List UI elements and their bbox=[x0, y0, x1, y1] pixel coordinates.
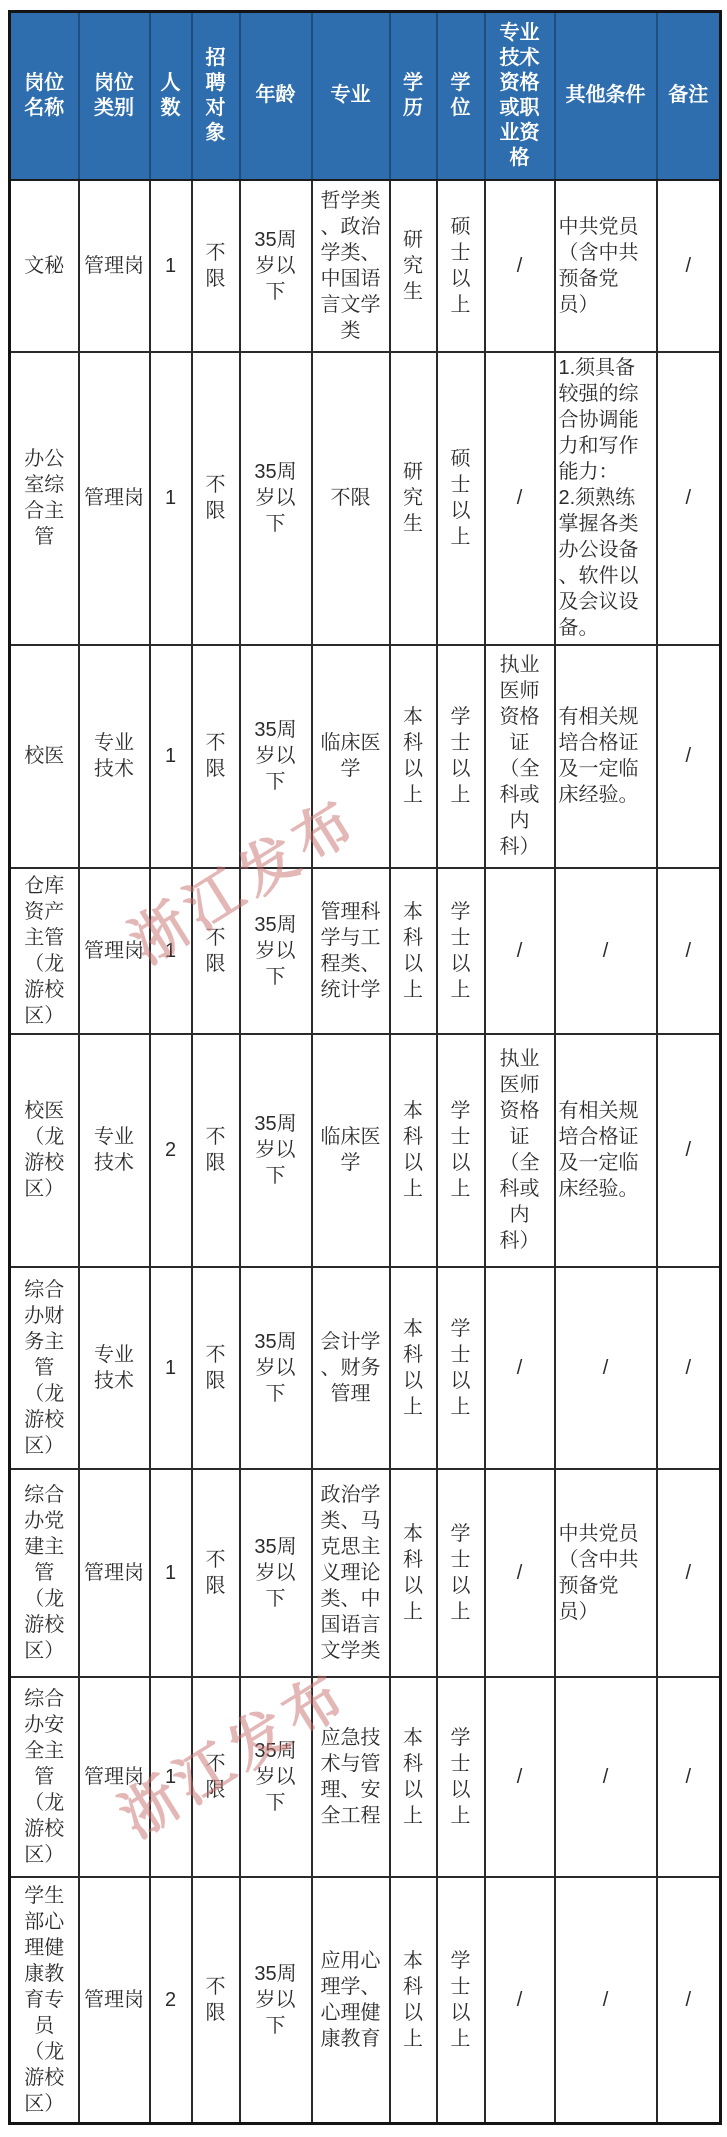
table-cell: 本 科 以 上 bbox=[390, 1267, 437, 1469]
table-cell: 1 bbox=[150, 1677, 192, 1877]
column-header: 招 聘 对 象 bbox=[192, 12, 240, 180]
table-cell: 1 bbox=[150, 1469, 192, 1677]
table-cell: 1 bbox=[150, 645, 192, 868]
table-cell: 不 限 bbox=[192, 1034, 240, 1267]
table-cell: / bbox=[485, 868, 555, 1034]
table-cell: / bbox=[555, 1677, 657, 1877]
table-cell: 学 士 以 上 bbox=[437, 1877, 485, 2124]
table-cell: 综合 办党 建主 管 （龙 游校 区） bbox=[10, 1469, 79, 1677]
column-header: 其他条件 bbox=[555, 12, 657, 180]
table-cell: 学 士 以 上 bbox=[437, 1034, 485, 1267]
table-row: 综合 办安 全主 管 （龙 游校 区）管理岗1不 限35周 岁以 下应急技 术与… bbox=[10, 1677, 721, 1877]
table-cell: 校医 bbox=[10, 645, 79, 868]
table-cell: 综合 办财 务主 管 （龙 游校 区） bbox=[10, 1267, 79, 1469]
table-cell: 专业 技术 bbox=[79, 1267, 150, 1469]
table-cell: 不 限 bbox=[192, 645, 240, 868]
table-cell: / bbox=[485, 180, 555, 352]
table-cell: 仓库 资产 主管 （龙 游校 区） bbox=[10, 868, 79, 1034]
table-body: 文秘管理岗1不 限35周 岁以 下哲学类 、政治 学类、 中国语 言文学 类研 … bbox=[10, 180, 721, 2124]
table-cell: 硕 士 以 上 bbox=[437, 352, 485, 645]
table-row: 仓库 资产 主管 （龙 游校 区）管理岗1不 限35周 岁以 下管理科 学与工 … bbox=[10, 868, 721, 1034]
recruitment-table: 岗位 名称岗位 类别人 数招 聘 对 象年龄专业学 历学 位专业 技术 资格 或… bbox=[8, 10, 722, 2125]
table-cell: / bbox=[485, 352, 555, 645]
table-cell: / bbox=[657, 352, 721, 645]
table-row: 综合 办党 建主 管 （龙 游校 区）管理岗1不 限35周 岁以 下政治学 类、… bbox=[10, 1469, 721, 1677]
recruitment-table-container: 岗位 名称岗位 类别人 数招 聘 对 象年龄专业学 历学 位专业 技术 资格 或… bbox=[8, 10, 722, 2125]
table-cell: 中共党员 （含中共 预备党 员） bbox=[555, 1469, 657, 1677]
table-cell: 文秘 bbox=[10, 180, 79, 352]
table-cell: 综合 办安 全主 管 （龙 游校 区） bbox=[10, 1677, 79, 1877]
table-cell: 不 限 bbox=[192, 1877, 240, 2124]
table-cell: 管理科 学与工 程类、 统计学 bbox=[312, 868, 390, 1034]
table-cell: 校医 （龙 游校 区） bbox=[10, 1034, 79, 1267]
column-header: 学 历 bbox=[390, 12, 437, 180]
table-row: 综合 办财 务主 管 （龙 游校 区）专业 技术1不 限35周 岁以 下会计学 … bbox=[10, 1267, 721, 1469]
table-cell: 中共党员 （含中共 预备党 员） bbox=[555, 180, 657, 352]
table-cell: / bbox=[555, 868, 657, 1034]
table-cell: 哲学类 、政治 学类、 中国语 言文学 类 bbox=[312, 180, 390, 352]
table-cell: / bbox=[657, 1034, 721, 1267]
table-cell: 不 限 bbox=[192, 1267, 240, 1469]
table-cell: / bbox=[657, 1677, 721, 1877]
table-cell: 本 科 以 上 bbox=[390, 1877, 437, 2124]
column-header: 人 数 bbox=[150, 12, 192, 180]
table-cell: 1.须具备 较强的综 合协调能 力和写作 能力： 2.须熟练 掌握各类 办公设备… bbox=[555, 352, 657, 645]
table-cell: / bbox=[657, 1267, 721, 1469]
table-cell: 有相关规 培合格证 及一定临 床经验。 bbox=[555, 645, 657, 868]
table-cell: 35周 岁以 下 bbox=[240, 1677, 312, 1877]
table-cell: 研 究 生 bbox=[390, 180, 437, 352]
table-cell: 临床医 学 bbox=[312, 1034, 390, 1267]
table-cell: / bbox=[657, 1469, 721, 1677]
table-cell: 1 bbox=[150, 868, 192, 1034]
table-cell: 会计学 、财务 管理 bbox=[312, 1267, 390, 1469]
table-cell: 管理岗 bbox=[79, 352, 150, 645]
table-cell: 学 士 以 上 bbox=[437, 868, 485, 1034]
table-cell: 1 bbox=[150, 352, 192, 645]
table-cell: 本 科 以 上 bbox=[390, 868, 437, 1034]
table-cell: 管理岗 bbox=[79, 1877, 150, 2124]
table-cell: 1 bbox=[150, 180, 192, 352]
table-cell: 本 科 以 上 bbox=[390, 1677, 437, 1877]
table-cell: 临床医 学 bbox=[312, 645, 390, 868]
table-cell: 管理岗 bbox=[79, 1677, 150, 1877]
table-cell: 研 究 生 bbox=[390, 352, 437, 645]
table-cell: / bbox=[657, 868, 721, 1034]
table-cell: 硕 士 以 上 bbox=[437, 180, 485, 352]
table-cell: 本 科 以 上 bbox=[390, 1034, 437, 1267]
table-cell: 学 士 以 上 bbox=[437, 1267, 485, 1469]
table-cell: / bbox=[657, 645, 721, 868]
table-row: 校医专业 技术1不 限35周 岁以 下临床医 学本 科 以 上学 士 以 上执业… bbox=[10, 645, 721, 868]
table-cell: 不 限 bbox=[192, 868, 240, 1034]
table-cell: 35周 岁以 下 bbox=[240, 1469, 312, 1677]
table-cell: 办公 室综 合主 管 bbox=[10, 352, 79, 645]
table-cell: 1 bbox=[150, 1267, 192, 1469]
header-row: 岗位 名称岗位 类别人 数招 聘 对 象年龄专业学 历学 位专业 技术 资格 或… bbox=[10, 12, 721, 180]
table-cell: 专业 技术 bbox=[79, 645, 150, 868]
table-cell: 不 限 bbox=[192, 180, 240, 352]
table-cell: 学 士 以 上 bbox=[437, 645, 485, 868]
table-cell: / bbox=[657, 180, 721, 352]
table-cell: 本 科 以 上 bbox=[390, 645, 437, 868]
table-cell: 35周 岁以 下 bbox=[240, 645, 312, 868]
column-header: 专业 技术 资格 或职 业资 格 bbox=[485, 12, 555, 180]
table-cell: 有相关规 培合格证 及一定临 床经验。 bbox=[555, 1034, 657, 1267]
table-cell: 政治学 类、马 克思主 义理论 类、中 国语言 文学类 bbox=[312, 1469, 390, 1677]
table-row: 文秘管理岗1不 限35周 岁以 下哲学类 、政治 学类、 中国语 言文学 类研 … bbox=[10, 180, 721, 352]
table-cell: 管理岗 bbox=[79, 180, 150, 352]
column-header: 岗位 名称 bbox=[10, 12, 79, 180]
table-cell: / bbox=[555, 1877, 657, 2124]
table-cell: 不 限 bbox=[192, 352, 240, 645]
table-cell: 不 限 bbox=[192, 1469, 240, 1677]
table-cell: 35周 岁以 下 bbox=[240, 1877, 312, 2124]
table-cell: 35周 岁以 下 bbox=[240, 352, 312, 645]
table-cell: 本 科 以 上 bbox=[390, 1469, 437, 1677]
table-cell: 学 士 以 上 bbox=[437, 1469, 485, 1677]
table-cell: 不 限 bbox=[192, 1677, 240, 1877]
table-cell: 管理岗 bbox=[79, 868, 150, 1034]
table-cell: / bbox=[657, 1877, 721, 2124]
column-header: 年龄 bbox=[240, 12, 312, 180]
table-cell: / bbox=[485, 1267, 555, 1469]
table-cell: 35周 岁以 下 bbox=[240, 1034, 312, 1267]
table-cell: 不限 bbox=[312, 352, 390, 645]
table-cell: / bbox=[485, 1677, 555, 1877]
table-cell: 35周 岁以 下 bbox=[240, 180, 312, 352]
column-header: 备注 bbox=[657, 12, 721, 180]
table-cell: / bbox=[485, 1469, 555, 1677]
table-cell: 专业 技术 bbox=[79, 1034, 150, 1267]
column-header: 学 位 bbox=[437, 12, 485, 180]
table-cell: 应急技 术与管 理、安 全工程 bbox=[312, 1677, 390, 1877]
table-row: 学生 部心 理健 康教 育专 员 （龙 游校 区）管理岗2不 限35周 岁以 下… bbox=[10, 1877, 721, 2124]
table-cell: 2 bbox=[150, 1034, 192, 1267]
table-cell: 35周 岁以 下 bbox=[240, 868, 312, 1034]
table-cell: 学生 部心 理健 康教 育专 员 （龙 游校 区） bbox=[10, 1877, 79, 2124]
table-cell: 管理岗 bbox=[79, 1469, 150, 1677]
table-cell: 学 士 以 上 bbox=[437, 1677, 485, 1877]
table-cell: 执业 医师 资格 证 （全 科或 内 科） bbox=[485, 1034, 555, 1267]
table-cell: / bbox=[555, 1267, 657, 1469]
column-header: 专业 bbox=[312, 12, 390, 180]
table-row: 办公 室综 合主 管管理岗1不 限35周 岁以 下不限研 究 生硕 士 以 上/… bbox=[10, 352, 721, 645]
table-cell: 2 bbox=[150, 1877, 192, 2124]
table-cell: 应用心 理学、 心理健 康教育 bbox=[312, 1877, 390, 2124]
table-cell: 执业 医师 资格 证 （全 科或 内 科） bbox=[485, 645, 555, 868]
table-row: 校医 （龙 游校 区）专业 技术2不 限35周 岁以 下临床医 学本 科 以 上… bbox=[10, 1034, 721, 1267]
table-cell: 35周 岁以 下 bbox=[240, 1267, 312, 1469]
table-cell: / bbox=[485, 1877, 555, 2124]
column-header: 岗位 类别 bbox=[79, 12, 150, 180]
